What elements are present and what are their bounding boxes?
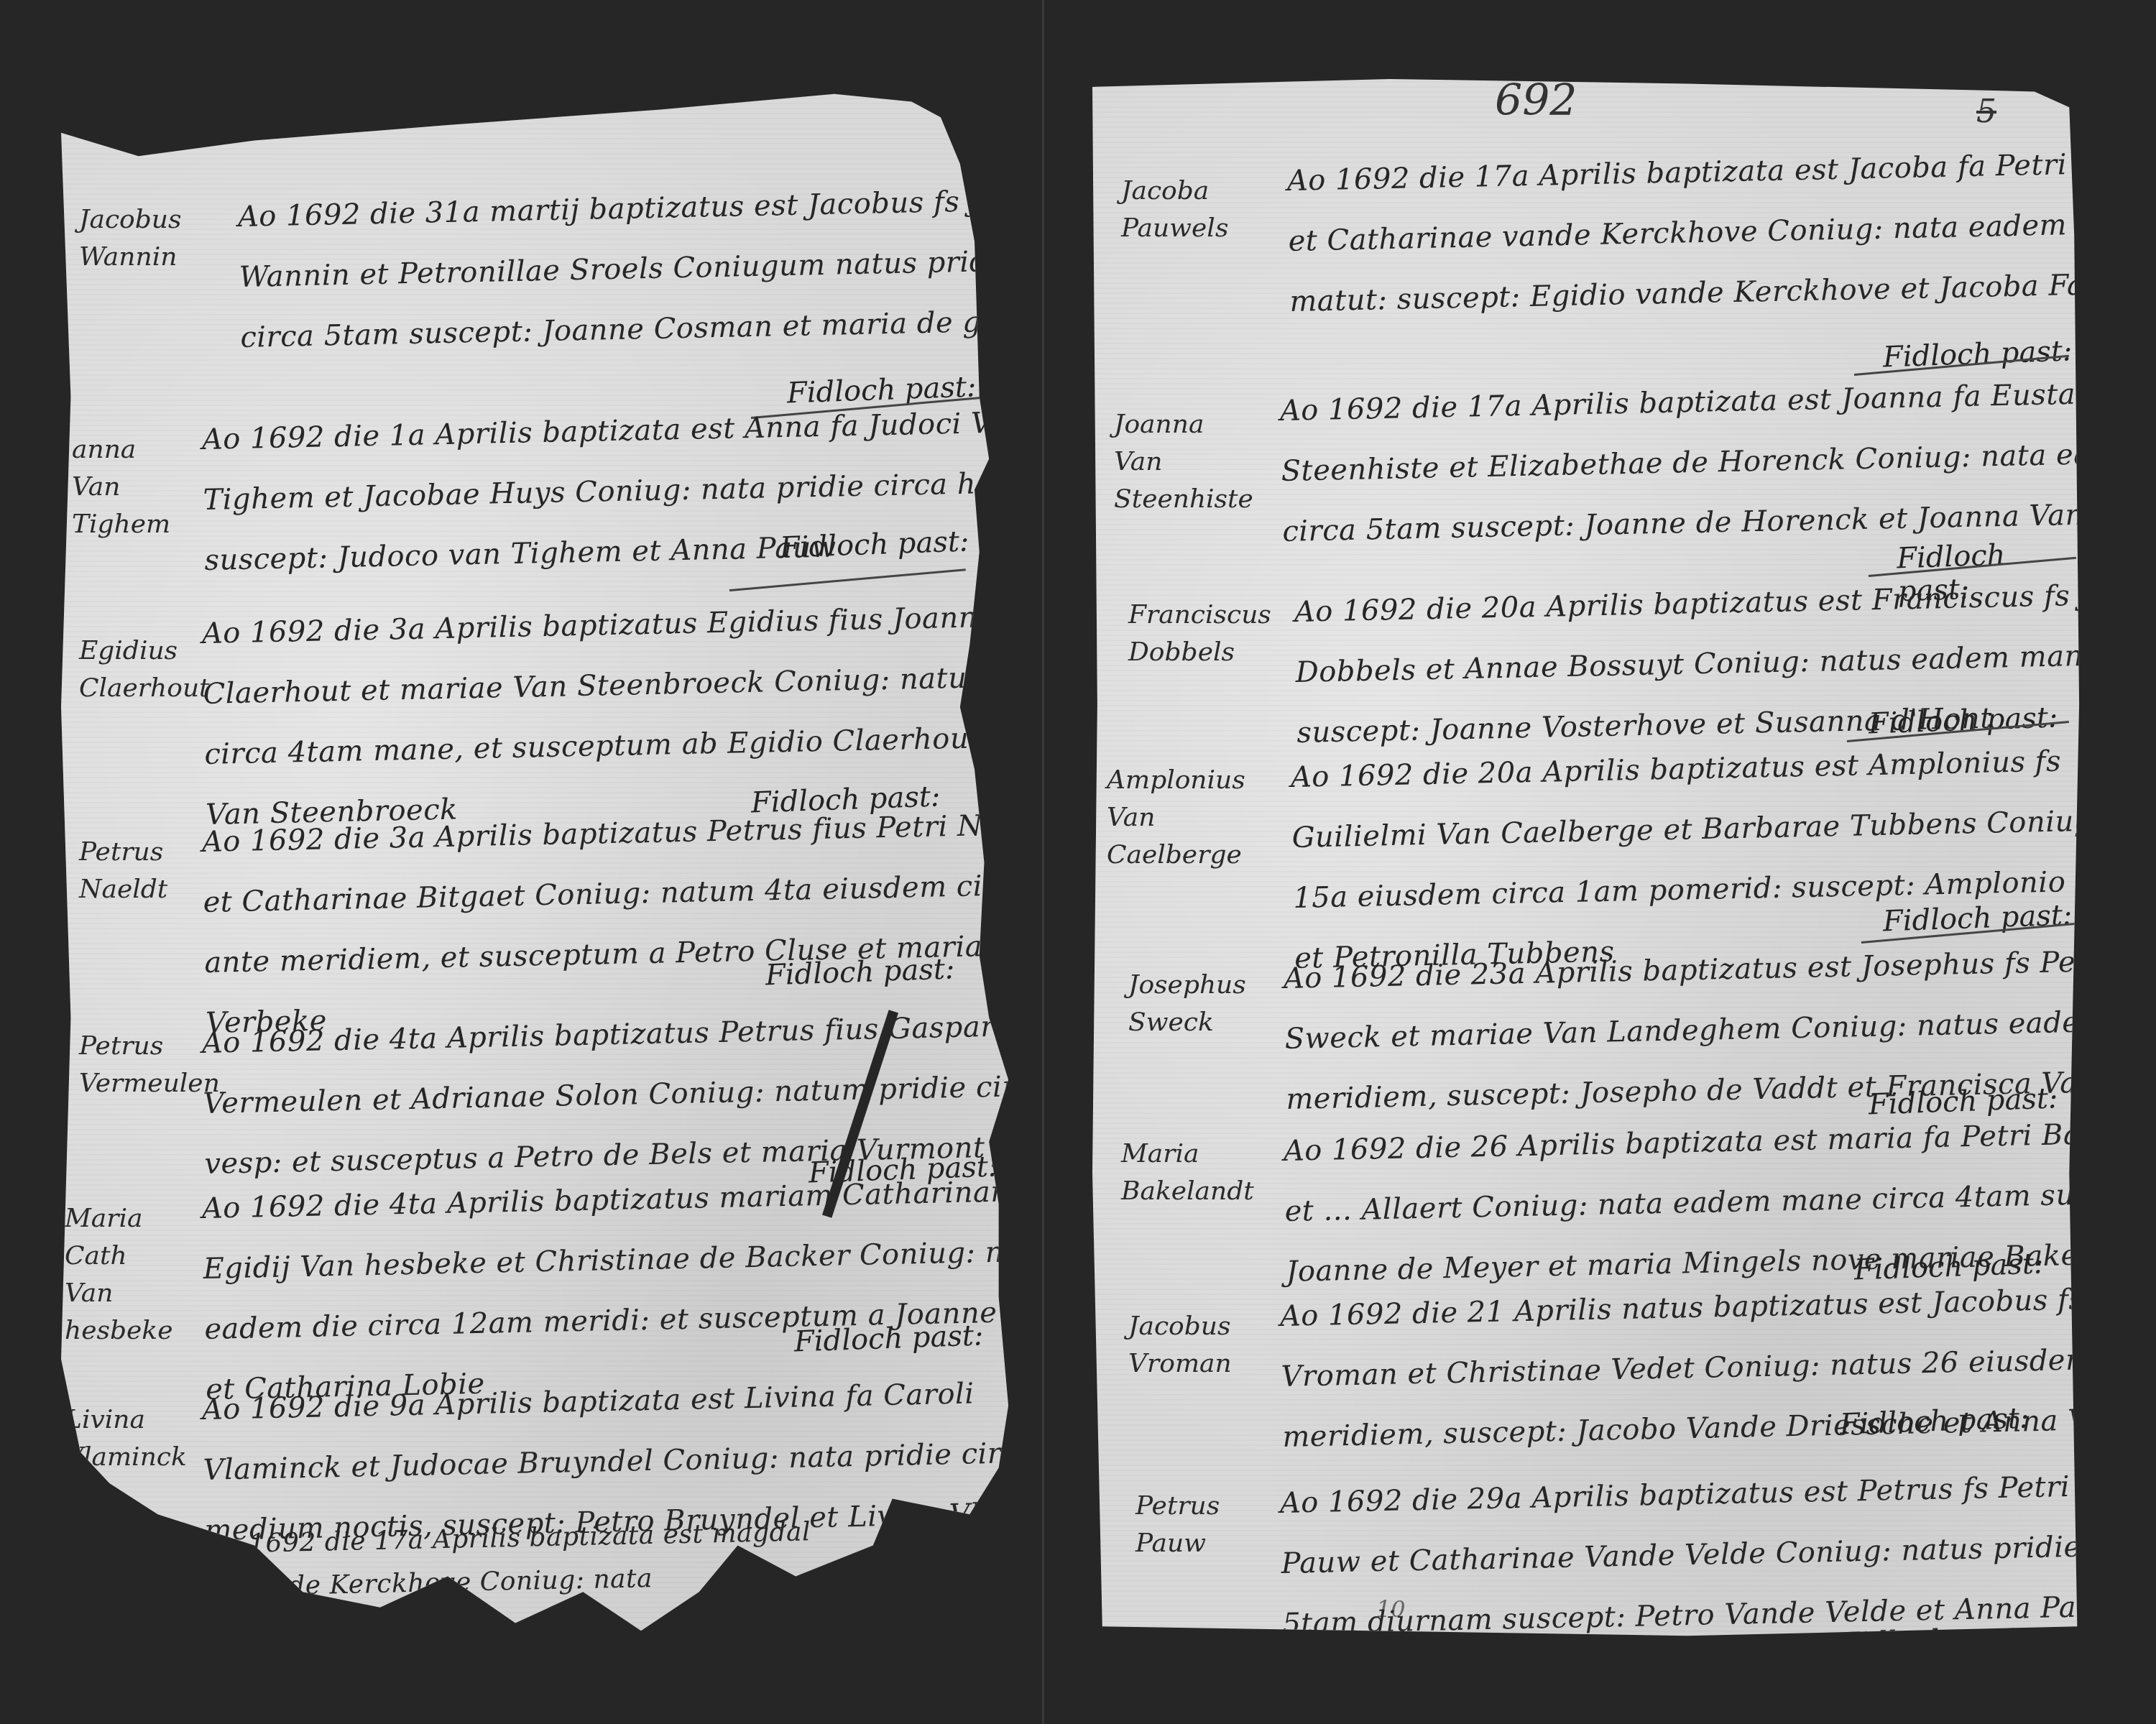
entry-text: Ao 1692 die 31a martij baptizatus est Ja… [237,169,1107,368]
entry-margin-name: Livina Vlaminck [65,1401,208,1476]
entry-margin-name: Petrus Pauw [1135,1488,1279,1562]
pastor-signature: Fidloch past: [1839,1401,2030,1441]
left-page-number: 4 [111,115,132,154]
pastor-signature: Fidloch past: [779,525,969,564]
entry-margin-name: anna Van Tighem [72,431,216,543]
entry-margin-name: Amplonius Van Caelberge [1107,762,1250,874]
entry-margin-name: Josephus Sweck [1128,967,1272,1041]
folio-number: 692 [1495,75,1577,126]
left-register-page: 4 Jacobus Wannin Ao 1692 die 31a martij … [61,86,1028,1638]
pastor-signature: Fidloch past: [1839,1621,2030,1660]
entry-margin-name: Franciscus Dobbels [1128,596,1272,671]
entry-margin-name: Maria Bakelandt [1121,1135,1265,1210]
entry-margin-name: Egidius Claerhout [79,632,223,707]
entry-margin-name: Magdalena Wardt [79,1531,223,1605]
entry-text: Ao 1692 die 1a Aprilis baptizata est Ann… [201,390,1128,591]
right-register-page: 692 5 10 Jacoba Pauwels Ao 1692 die 17a … [1092,79,2084,1642]
entry-text: Ao 1692 die 17a Aprilis baptizata est ma… [205,1511,813,1653]
book-gutter-line [1042,0,1044,1724]
corner-page-mark: 5 [1976,93,1996,130]
pastor-signature: Fidloch past: [765,952,955,992]
entry-margin-name: Maria Cath Van hesbeke [65,1200,208,1350]
entry-text: Ao 1692 die 17a Aprilis baptizata est Jo… [1279,361,2156,562]
entry-margin-name: Jacobus Vroman [1128,1308,1272,1383]
entry-margin-name: Jacoba Pauwels [1121,172,1265,247]
pastor-signature: Fidloch past: [793,1319,984,1358]
entry-margin-name: Joanna Van Steenhiste [1114,406,1258,518]
entry-margin-name: Jacobus Wannin [79,201,223,276]
entry-text: Ao 1692 die 17a Aprilis baptizata est Ja… [1286,131,2156,332]
entry-text: Ao 1692 die 21 Aprilis natus baptizatus … [1279,1267,2156,1467]
